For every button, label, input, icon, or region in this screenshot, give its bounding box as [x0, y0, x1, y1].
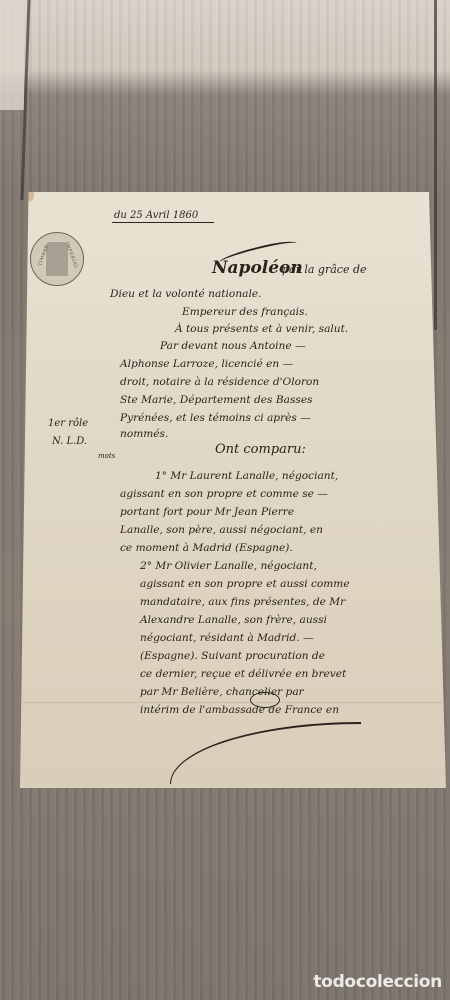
- margin-note-initials: N. L.D.: [52, 436, 87, 447]
- heading-rest: par la grâce de: [282, 263, 367, 276]
- document-line: Alphonse Larroze, licencié en —: [120, 358, 293, 370]
- light-patch: [0, 0, 24, 110]
- document-line: agissant en son propre et aussi comme: [140, 578, 350, 590]
- document-line: nommés.: [120, 428, 168, 440]
- document-line: portant fort pour Mr Jean Pierre: [120, 506, 294, 518]
- document-line: ce moment à Madrid (Espagne).: [120, 542, 293, 554]
- document-line: négociant, résidant à Madrid. —: [140, 632, 314, 644]
- document-line: Pyrénées, et les témoins ci après —: [120, 412, 311, 424]
- paper-fold: [20, 702, 446, 703]
- document-line: intérim de l'ambassade de France en: [140, 704, 339, 716]
- closing-flourish: [170, 722, 361, 784]
- document-line: 2° Mr Olivier Lanalle, négociant,: [140, 560, 317, 572]
- document-line: ce dernier, reçue et délivrée en brevet: [140, 668, 346, 680]
- margin-note-mots: mots: [98, 452, 115, 460]
- watermark: todocoleccion: [313, 972, 442, 992]
- imperial-stamp-icon: TIMBRE IMPERIAL: [30, 232, 84, 286]
- plank-seam-right: [434, 0, 437, 330]
- margin-note-role: 1er rôle: [48, 418, 88, 429]
- document-line: droit, notaire à la résidence d'Oloron: [120, 376, 319, 388]
- document-line: agissant en son propre et comme se —: [120, 488, 328, 500]
- document-line: par Mr Belière, chancelier par: [140, 686, 304, 698]
- document-line: Ste Marie, Département des Basses: [120, 394, 313, 406]
- document-line: Dieu et la volonté nationale.: [110, 288, 261, 300]
- document-line: Empereur des français.: [182, 306, 308, 318]
- document-line: À tous présents et à venir, salut.: [175, 323, 348, 335]
- document-line: Par devant nous Antoine —: [160, 340, 306, 352]
- document-line: (Espagne). Suivant procuration de: [140, 650, 325, 662]
- document-line: Alexandre Lanalle, son frère, aussi: [140, 614, 327, 626]
- document-line: mandataire, aux fins présentes, de Mr: [140, 596, 345, 608]
- closing-curl: [250, 692, 280, 708]
- document-date: du 25 Avril 1860: [112, 210, 214, 223]
- document-page: du 25 Avril 1860 TIMBRE IMPERIAL Napoléo…: [20, 192, 446, 788]
- ont-comparu-heading: Ont comparu:: [215, 442, 306, 457]
- document-line: 1° Mr Laurent Lanalle, négociant,: [155, 470, 338, 482]
- document-line: Lanalle, son père, aussi négociant, en: [120, 524, 323, 536]
